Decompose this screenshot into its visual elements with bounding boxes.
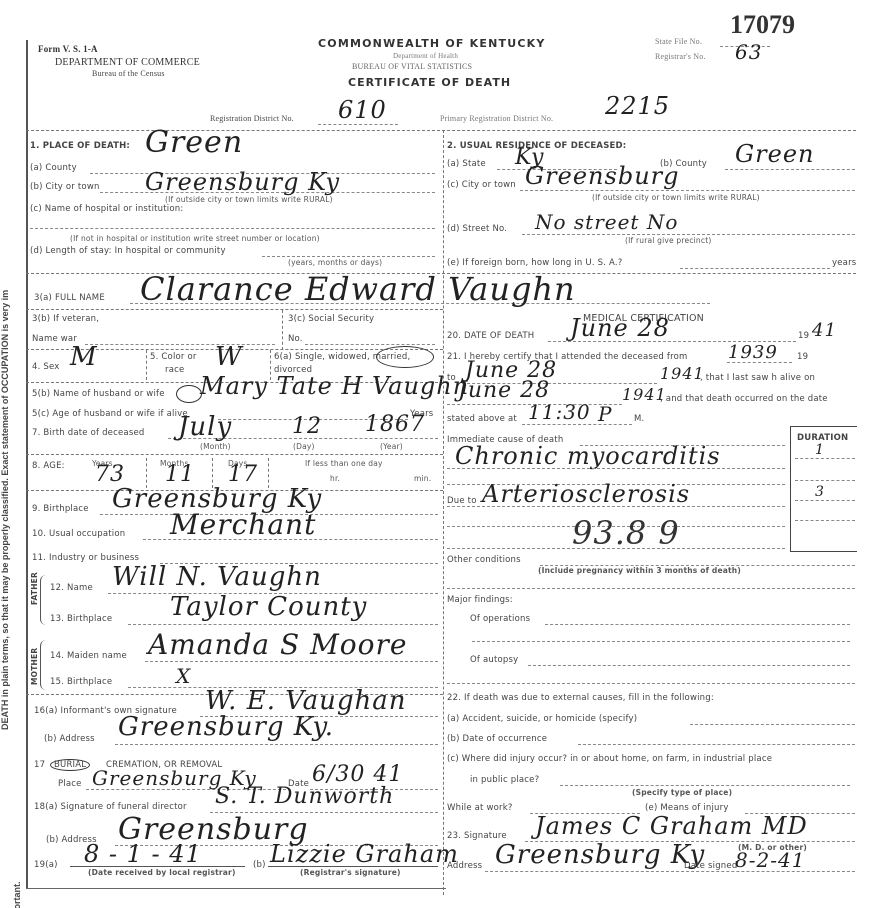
bottom-border [26,888,446,889]
occurrence-label: (b) Date of occurrence [447,734,547,744]
father-bp-value: Taylor County [170,592,367,622]
to-label: to [447,373,456,383]
ampm-value: P [598,402,612,426]
signed-label: Date signed [684,861,737,871]
burial-circle: BURIAL [50,759,90,771]
received-caption: (Date received by local registrar) [88,868,236,877]
reg-district-line [318,124,398,125]
lt-day-caption: If less than one day [305,459,383,468]
sex-label: 4. Sex [32,362,60,372]
operations-label: Of operations [470,614,530,624]
hr-caption: hr. [330,474,340,483]
dept-health-label: Department of Health [393,52,458,60]
registrar-value: Lizzie Graham [270,840,459,868]
place-note: (Specify type of place) [632,788,732,797]
father-bp-label: 13. Birthplace [50,614,112,624]
occupation-value: Merchant [170,508,316,541]
wife-circle [176,385,202,403]
side-note-line1: DEATH in plain terms, so that it may be … [0,290,10,730]
address-value: Greensburg Ky [495,840,705,870]
mother-tag: MOTHER [30,648,39,685]
side-instruction: DEATH in plain terms, so that it may be … [0,30,16,890]
death-county-value: Green [145,125,243,160]
birth-day: 12 [292,414,322,439]
registrar-no-label: Registrar's No. [655,52,706,61]
res-city-label: (c) City or town [447,180,516,190]
accident-line [690,724,855,725]
autopsy-label: Of autopsy [470,655,518,665]
mother-bp-value: X [176,664,191,688]
res-city-note: (If outside city or town limits write RU… [592,193,760,202]
spouse-value: Mary Tate H Vaughn [200,372,469,400]
res-county-value: Green [735,140,815,168]
stay-note: (years, months or days) [288,258,382,267]
birthplace-label: 9. Birthplace [32,504,89,514]
attend-from-suffix: 19 [797,352,808,362]
father-tag: FATHER [30,572,39,605]
place-of-death-heading: 1. PLACE OF DEATH: [30,141,130,151]
father-name-value: Will N. Vaughn [112,562,322,592]
other-note: (Include pregnancy within 3 months of de… [538,566,741,575]
due-extra: 93.8 9 [572,514,680,552]
form-number: Form V. S. 1-A [38,44,98,54]
hospital-note: (If not in hospital or institution write… [70,234,320,243]
age-top-rule [26,454,443,455]
hospital-line [30,228,435,229]
due-line [447,506,785,507]
primary-district-value: 2215 [605,92,670,120]
ss-label: 3(c) Social Security [288,314,374,324]
attend-to-year: 1941 [660,364,705,383]
res-city-line [520,190,855,191]
res-state-label: (a) State [447,159,486,169]
registrar-no-value: 63 [735,40,762,64]
stated-line [522,424,632,425]
work-label: While at work? [447,803,513,813]
state-file-label: State File No. [655,37,702,46]
reg-district-value: 610 [338,96,387,124]
res-street-note: (If rural give precinct) [625,236,711,245]
m-label: M. [634,414,644,424]
time-value: 11:30 [528,400,591,424]
stated-label: stated above at [447,414,517,424]
mother-brace [40,640,47,690]
department-label: DEPARTMENT OF COMMERCE [55,57,200,68]
death-county-label: (a) County [30,163,77,173]
due-line-3 [447,548,785,549]
autopsy-line [528,665,850,666]
hospital-label: (c) Name of hospital or institution: [30,204,183,214]
reg-district-label: Registration District No. [210,114,294,123]
registrar-caption: (Registrar's signature) [300,868,401,877]
dod-year-prefix: 19 [798,331,809,341]
spouse-label: 5(b) Name of husband or wife [32,389,165,399]
funeral-label: 18(a) Signature of funeral director [34,802,187,812]
due-value: Arteriosclerosis [482,480,690,508]
accident-label: (a) Accident, suicide, or homicide (spec… [447,714,637,724]
duration-1: 1 [815,442,825,458]
cause-line [447,468,785,469]
duration-line-1 [795,458,855,459]
dod-year: 41 [812,320,837,341]
burial-number: 17 [34,760,45,770]
death-city-note: (If outside city or town limits write RU… [165,195,333,204]
addr-label: Address [447,861,482,871]
name-bottom-rule [26,309,443,310]
duration-line-3 [795,500,855,501]
left-border [26,40,28,888]
bureau-vital-label: BUREAU OF VITAL STATISTICS [352,62,472,71]
state-title: COMMONWEALTH OF KENTUCKY [318,37,546,50]
informant-addr-label: (b) Address [44,734,95,744]
death-city-value: Greensburg Ky [145,168,340,196]
min-caption: min. [414,474,431,483]
external-label: 22. If death was due to external causes,… [447,693,714,703]
birth-year: 1867 [365,412,425,437]
burial-place-label: Place [58,779,82,789]
cause-value: Chronic myocarditis [455,442,721,470]
father-bp-line [128,624,438,625]
other-label: Other conditions [447,555,521,565]
spouse-age-label: 5(c) Age of husband or wife if alive [32,409,188,419]
public-label: in public place? [470,775,539,785]
primary-district-label: Primary Registration District No. [440,114,553,123]
certificate-title: CERTIFICATE OF DEATH [348,76,511,89]
year-caption: (Year) [380,442,403,451]
duration-line-2 [795,480,855,481]
ss-no-line [305,344,435,345]
veteran-label: 3(b) If veteran, [32,314,99,324]
signed-value: 8-2-41 [735,848,805,872]
received-date: 8 - 1 - 41 [84,840,202,868]
public-line [560,785,850,786]
dod-label: 20. DATE OF DEATH [447,331,534,341]
stay-label: (d) Length of stay: In hospital or commu… [30,246,226,256]
operations-line [545,624,850,625]
duration-line-4 [795,520,855,521]
father-brace [40,575,47,625]
res-county-line [725,169,855,170]
name-war-line [85,344,275,345]
duration-2: 3 [815,484,825,500]
occupation-label: 10. Usual occupation [32,529,125,539]
signature-value: James C Graham MD [535,812,808,840]
race-value: W [215,342,243,372]
day-caption: (Day) [293,442,315,451]
father-name-label: 12. Name [50,583,93,593]
mother-name-label: 14. Maiden name [50,651,127,661]
birth-month: July [178,412,232,442]
received-label: 19(a) [34,860,58,870]
mother-name-value: Amanda S Moore [148,628,407,661]
ss-no-label: No. [288,334,303,344]
color-label: 5. Color or [150,352,197,362]
funeral-value: S. T. Dunworth [215,784,394,809]
race-label: race [165,365,184,375]
res-foreign-label: (e) If foreign born, how long in U. S. A… [447,258,623,268]
where-label: (c) Where did injury occur? in or about … [447,754,772,764]
side-note-line2: portant. [12,882,22,908]
stamp-number: 17079 [730,10,795,40]
center-divider [443,130,444,895]
full-name-label: 3(a) FULL NAME [34,293,105,303]
autopsy-line-2 [447,683,855,684]
res-street-line [522,234,855,235]
age-label: 8. AGE: [32,461,65,471]
informant-addr-line [115,744,438,745]
occurred-text: , and that death occurred on the date [660,394,828,404]
res-city-value: Greensburg [525,162,679,190]
sex-value: M [70,342,98,372]
stay-line [262,256,435,257]
ss-divider [282,310,283,350]
married-circle [376,346,434,368]
res-street-label: (d) Street No. [447,224,507,234]
registrar-label: (b) [253,860,266,870]
last-saw-text: , that I last saw h alive on [700,373,815,383]
death-city-label: (b) City or town [30,182,100,192]
dod-value: June 28 [570,314,670,342]
findings-label: Major findings: [447,595,513,605]
due-label: Due to [447,496,477,506]
findings-top-line [447,588,855,589]
attend-from: 1939 [728,342,778,363]
mother-bp-label: 15. Birthplace [50,677,112,687]
occurrence-line [578,744,855,745]
informant-addr-value: Greensburg Ky. [118,712,334,742]
mother-name-line [145,661,438,662]
birth-label: 7. Birth date of deceased [32,428,144,438]
full-name-value: Clarance Edward Vaughn [140,270,576,308]
res-foreign-line [680,268,830,269]
operations-line-2 [472,641,850,642]
month-caption: (Month) [200,442,231,451]
bureau-census-label: Bureau of the Census [92,69,165,78]
burial-selected: BURIAL [50,760,90,770]
res-foreign-unit: years [832,258,856,268]
res-street-value: No street No [535,210,678,234]
sex-divider [146,350,147,380]
